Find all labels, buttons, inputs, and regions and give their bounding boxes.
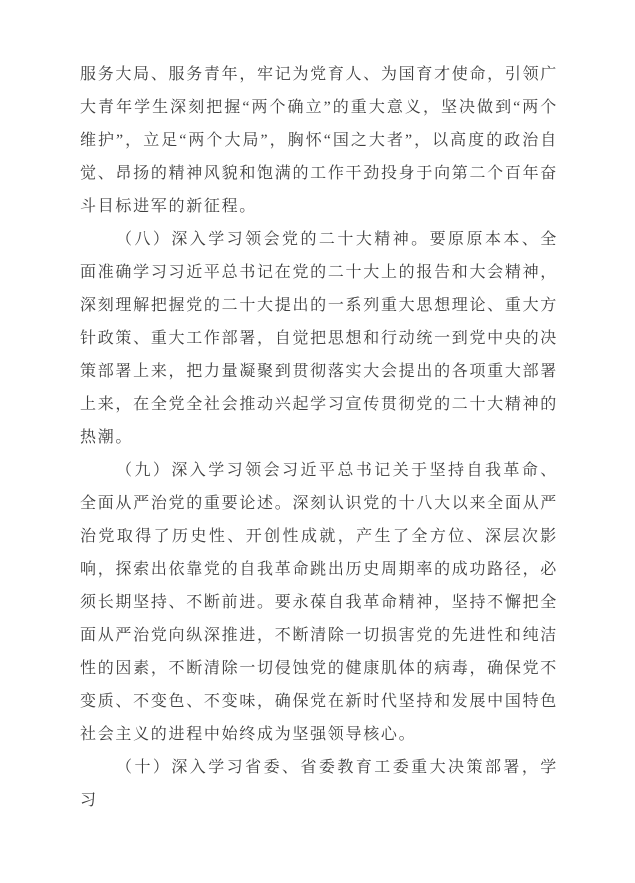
paragraph-item-9: （九）深入学习领会习近平总书记关于坚持自我革命、全面从严治党的重要论述。深刻认识…: [80, 454, 558, 751]
paragraph-item-8: （八）深入学习领会党的二十大精神。要原原本本、全面准确学习习近平总书记在党的二十…: [80, 223, 558, 454]
document-page: 服务大局、服务青年，牢记为党育人、为国育才使命，引领广大青年学生深刻把握“两个确…: [0, 0, 635, 883]
paragraph-continuation: 服务大局、服务青年，牢记为党育人、为国育才使命，引领广大青年学生深刻把握“两个确…: [80, 58, 558, 223]
paragraph-item-10: （十）深入学习省委、省委教育工委重大决策部署，学习: [80, 751, 558, 817]
